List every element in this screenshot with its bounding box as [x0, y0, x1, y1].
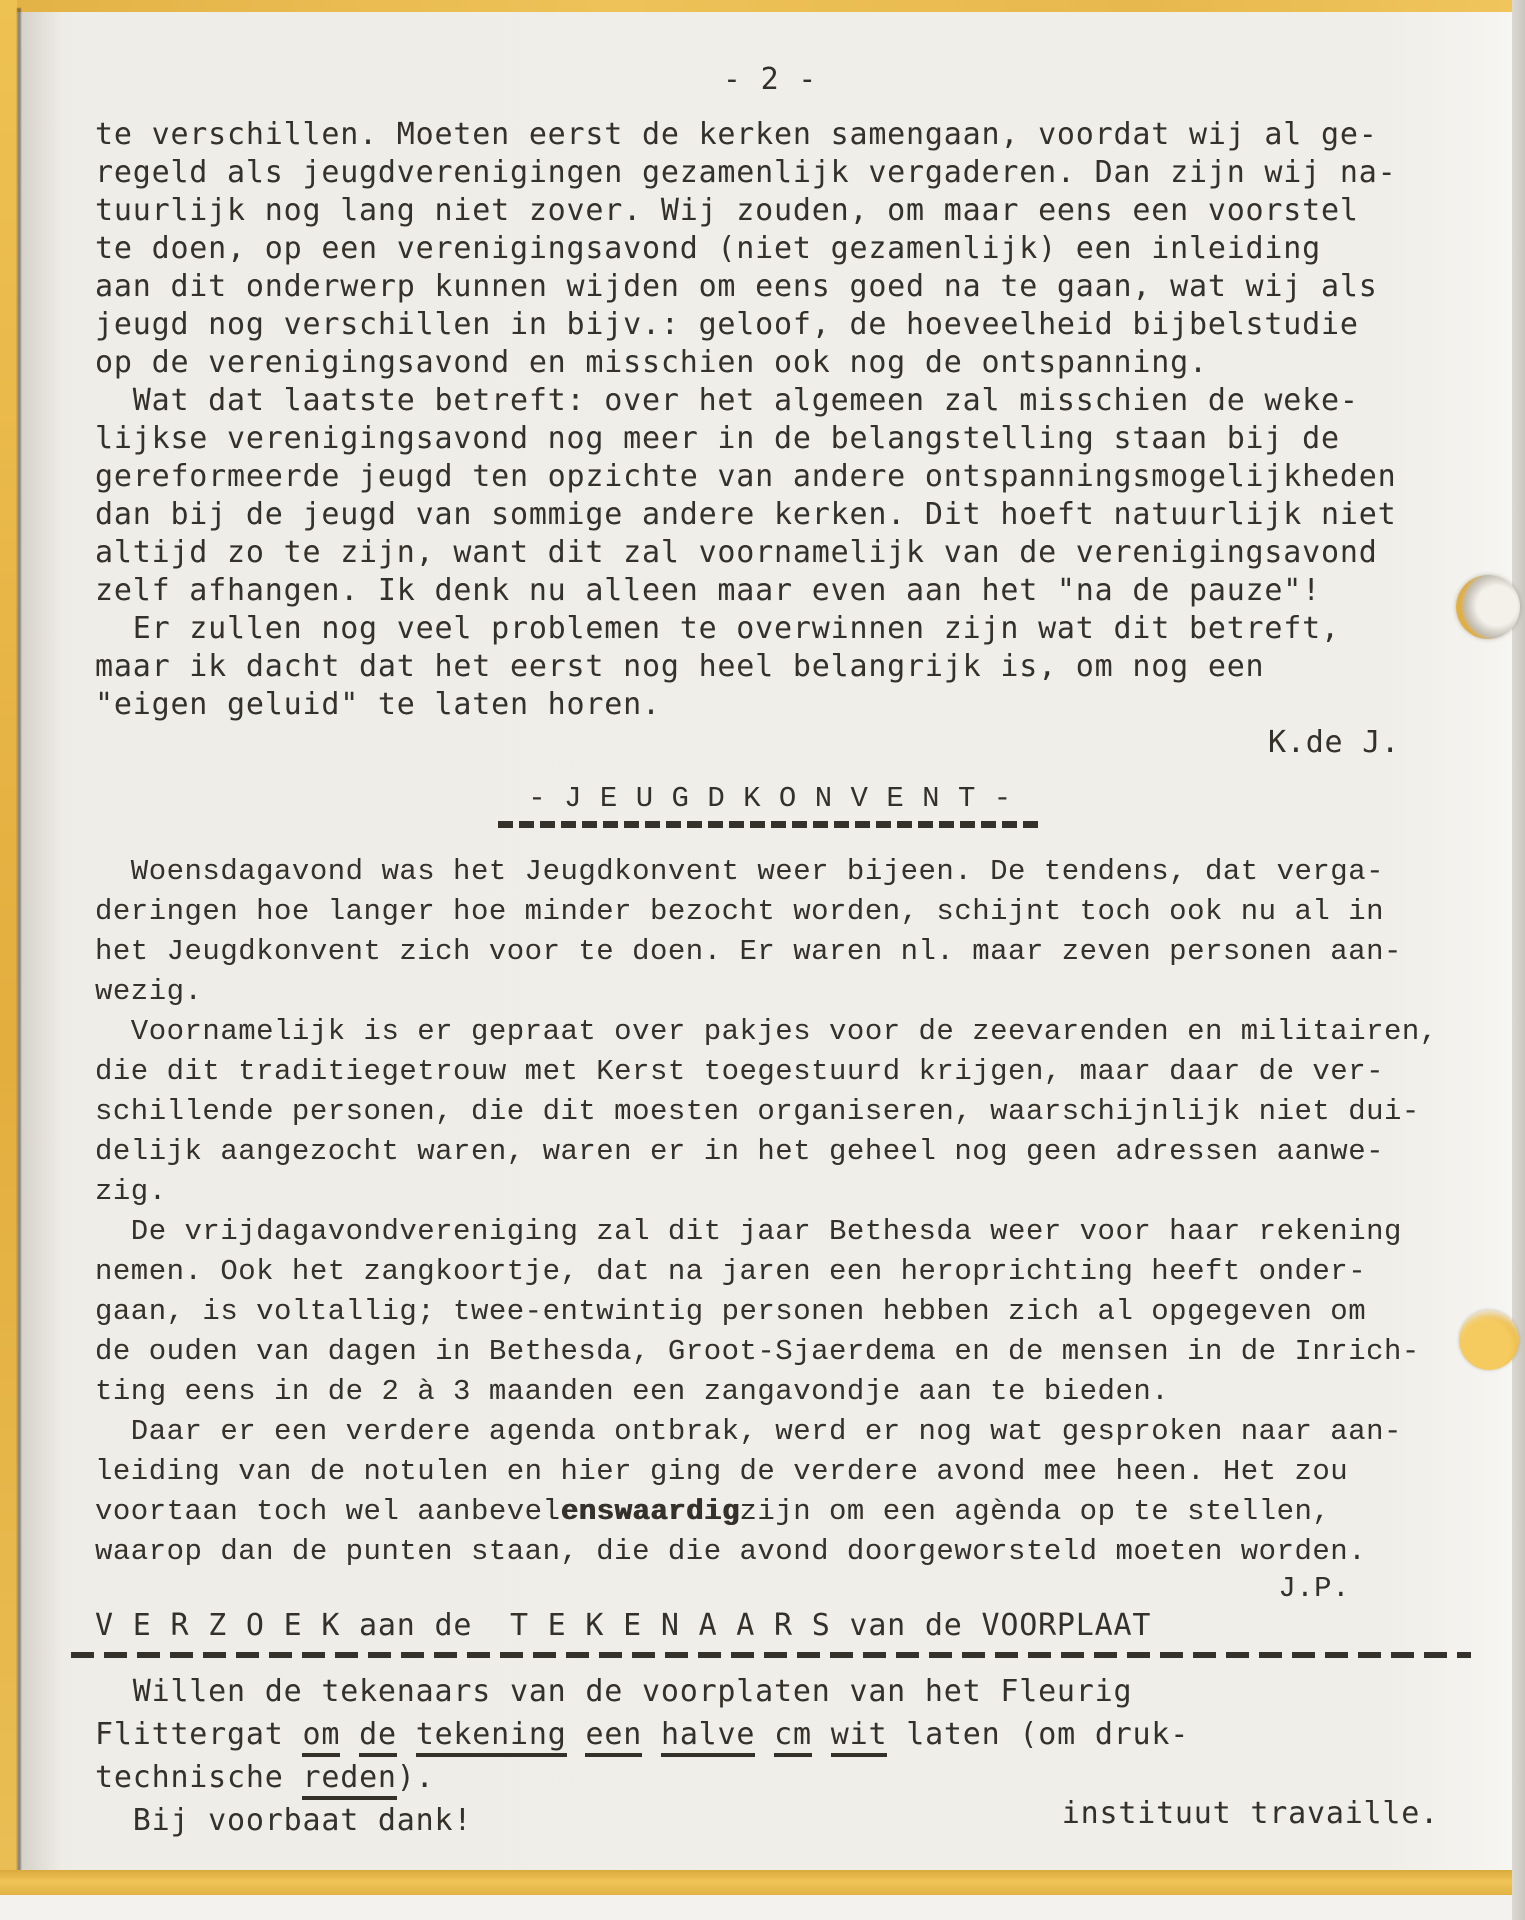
- jeugdkonvent-body: Woensdagavond was het Jeugdkonvent weer …: [95, 852, 1445, 1572]
- text-line: Daar er een verdere agenda ontbrak, werd…: [95, 1412, 1445, 1452]
- text-line: Voornamelijk is er gepraat over pakjes v…: [95, 1012, 1445, 1052]
- paper-left-shading: [21, 0, 61, 1920]
- text-segment: ).: [397, 1760, 435, 1795]
- underlined-word: wit: [831, 1717, 888, 1757]
- underlined-word: tekening: [416, 1717, 567, 1757]
- document-content: - 2 - te verschillen. Moeten eerst de ke…: [95, 60, 1445, 1832]
- punch-hole-bottom: [1459, 1310, 1519, 1370]
- verzoek-heading-dashed-underline: [71, 1652, 1471, 1658]
- underlined-word: om: [302, 1717, 340, 1757]
- text-line: dan bij de jeugd van sommige andere kerk…: [95, 496, 1445, 534]
- text-line: lijkse verenigingsavond nog meer in de b…: [95, 420, 1445, 458]
- text-line: op de verenigingsavond en misschien ook …: [95, 344, 1445, 382]
- text-line: Er zullen nog veel problemen te overwinn…: [95, 610, 1445, 648]
- paragraph: Daar er een verdere agenda ontbrak, werd…: [95, 1412, 1445, 1572]
- text-line: aan dit onderwerp kunnen wijden om eens …: [95, 268, 1445, 306]
- overtyped-word: enswaardig: [560, 1495, 739, 1528]
- text-line: technische reden).: [95, 1756, 1445, 1799]
- scanned-page: - 2 - te verschillen. Moeten eerst de ke…: [0, 0, 1525, 1920]
- text-line: nemen. Ook het zangkoortje, dat na jaren…: [95, 1252, 1445, 1292]
- paragraph: te verschillen. Moeten eerst de kerken s…: [95, 116, 1445, 382]
- jeugdkonvent-heading: - J E U G D K O N V E N T -: [95, 780, 1445, 828]
- text-line: leiding van de notulen en hier ging de v…: [95, 1452, 1445, 1492]
- text-line: gereformeerde jeugd ten opzichte van and…: [95, 458, 1445, 496]
- text-line: de ouden van dagen in Bethesda, Groot-Sj…: [95, 1332, 1445, 1372]
- underlined-word: een: [585, 1717, 642, 1757]
- text-segment: [567, 1717, 586, 1752]
- text-line: Woensdagavond was het Jeugdkonvent weer …: [95, 852, 1445, 892]
- text-line: voortaan toch wel aanbevelenswaardigzijn…: [95, 1492, 1445, 1532]
- underlined-word: cm: [774, 1717, 812, 1757]
- verzoek-heading: V E R Z O E K aan de T E K E N A A R S v…: [95, 1606, 1445, 1658]
- text-line: maar ik dacht dat het eerst nog heel bel…: [95, 648, 1445, 686]
- paragraph: Er zullen nog veel problemen te overwinn…: [95, 610, 1445, 724]
- text-line: wezig.: [95, 972, 1445, 1012]
- text-line: te verschillen. Moeten eerst de kerken s…: [95, 116, 1445, 154]
- intro-body: te verschillen. Moeten eerst de kerken s…: [95, 116, 1445, 724]
- text-line: ting eens in de 2 à 3 maanden een zangav…: [95, 1372, 1445, 1412]
- text-segment: [340, 1717, 359, 1752]
- text-segment: zijn om een agènda op te stellen,: [740, 1495, 1331, 1528]
- text-line: die dit traditiegetrouw met Kerst toeges…: [95, 1052, 1445, 1092]
- paragraph: Voornamelijk is er gepraat over pakjes v…: [95, 1012, 1445, 1212]
- text-line: Flittergat om de tekening een halve cm w…: [95, 1713, 1445, 1756]
- text-segment: [397, 1717, 416, 1752]
- text-segment: [812, 1717, 831, 1752]
- underlined-word: reden: [302, 1760, 396, 1800]
- bottom-edge-strip: [0, 1870, 1525, 1895]
- top-edge-strip: [0, 0, 1525, 12]
- paragraph: Wat dat laatste betreft: over het algeme…: [95, 382, 1445, 610]
- page-number: - 2 -: [95, 60, 1445, 100]
- left-edge-strip: [0, 0, 17, 1920]
- text-line: deringen hoe langer hoe minder bezocht w…: [95, 892, 1445, 932]
- text-line: zelf afhangen. Ik denk nu alleen maar ev…: [95, 572, 1445, 610]
- text-line: Willen de tekenaars van de voorplaten va…: [95, 1670, 1445, 1713]
- text-line: schillende personen, die dit moesten org…: [95, 1092, 1445, 1132]
- underlined-word: de: [359, 1717, 397, 1757]
- paragraph: De vrijdagavondvereniging zal dit jaar B…: [95, 1212, 1445, 1412]
- text-line: het Jeugdkonvent zich voor te doen. Er w…: [95, 932, 1445, 972]
- jeugdkonvent-signature: J.P.: [95, 1572, 1445, 1606]
- right-edge-shadow: [1512, 0, 1525, 1920]
- text-segment: [642, 1717, 661, 1752]
- text-line: zig.: [95, 1172, 1445, 1212]
- intro-signature: K.de J.: [95, 724, 1445, 762]
- punch-hole-top: [1456, 575, 1520, 639]
- text-segment: Flittergat: [95, 1717, 302, 1752]
- text-blocks: te verschillen. Moeten eerst de kerken s…: [95, 116, 1445, 1832]
- below-page-area: [0, 1895, 1525, 1920]
- text-line: De vrijdagavondvereniging zal dit jaar B…: [95, 1212, 1445, 1252]
- text-line: gaan, is voltallig; twee-entwintig perso…: [95, 1292, 1445, 1332]
- text-segment: laten (om druk-: [887, 1717, 1189, 1752]
- text-line: altijd zo te zijn, want dit zal voorname…: [95, 534, 1445, 572]
- left-seam-line: [17, 8, 21, 1898]
- text-segment: voortaan toch wel aanbevel: [95, 1495, 560, 1528]
- text-line: Wat dat laatste betreft: over het algeme…: [95, 382, 1445, 420]
- text-segment: technische: [95, 1760, 302, 1795]
- text-line: waarop dan de punten staan, die die avon…: [95, 1532, 1445, 1572]
- text-line: jeugd nog verschillen in bijv.: geloof, …: [95, 306, 1445, 344]
- text-line: te doen, op een verenigingsavond (niet g…: [95, 230, 1445, 268]
- text-segment: [755, 1717, 774, 1752]
- underlined-word: halve: [661, 1717, 755, 1757]
- text-line: "eigen geluid" te laten horen.: [95, 686, 1445, 724]
- text-line: tuurlijk nog lang niet zover. Wij zouden…: [95, 192, 1445, 230]
- verzoek-heading-text: V E R Z O E K aan de T E K E N A A R S v…: [95, 1608, 1151, 1643]
- jeugdkonvent-heading-dashed-underline: [498, 821, 1043, 828]
- text-line: delijk aangezocht waren, waren er in het…: [95, 1132, 1445, 1172]
- jeugdkonvent-heading-text: - J E U G D K O N V E N T -: [528, 782, 1011, 815]
- paragraph: Woensdagavond was het Jeugdkonvent weer …: [95, 852, 1445, 1012]
- text-line: regeld als jeugdverenigingen gezamenlijk…: [95, 154, 1445, 192]
